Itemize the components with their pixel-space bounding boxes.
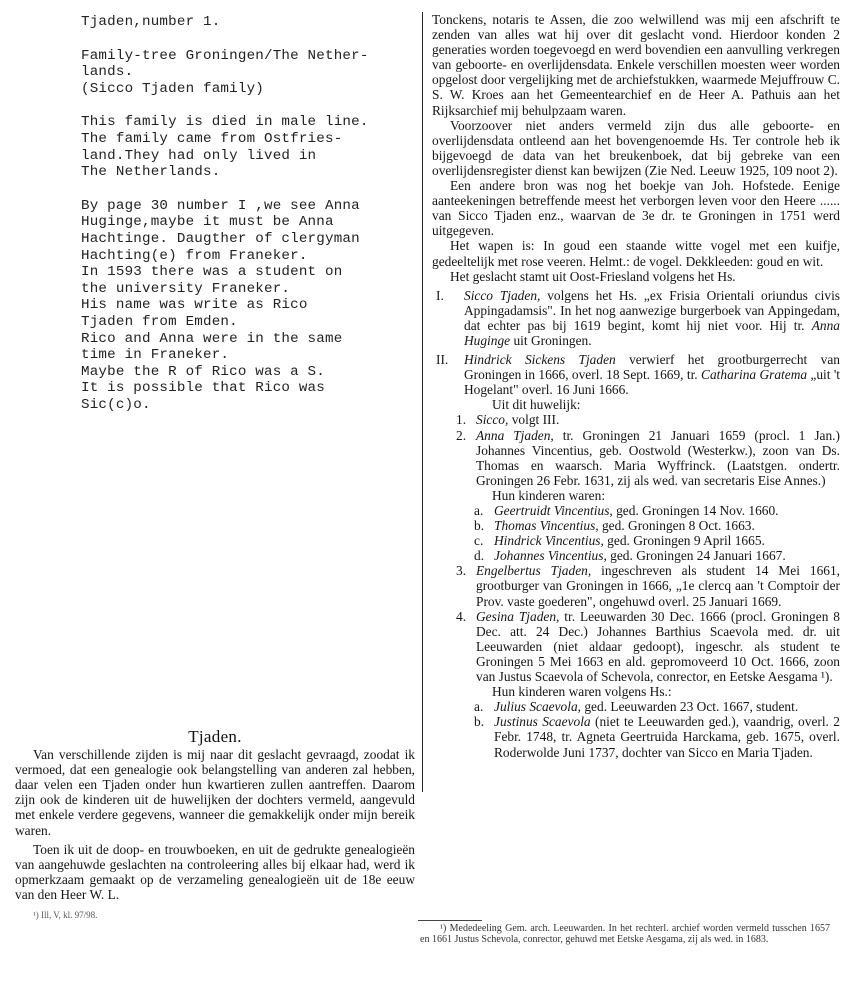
typed-note-paragraph: Family-tree Groningen/The Nether- lands.… xyxy=(81,48,421,98)
grandchild-entry: b. Thomas Vincentius, ged. Groningen 8 O… xyxy=(474,518,840,533)
footnote-text: ¹) Mededeeling Gem. arch. Leeuwarden. In… xyxy=(420,923,830,945)
column-divider xyxy=(422,12,423,792)
generation-entry-1: I. Sicco Tjaden, volgens het Hs. „ex Fri… xyxy=(432,288,840,348)
child-entry: 3. Engelbertus Tjaden, ingeschreven als … xyxy=(456,563,840,608)
typed-note: Tjaden,number 1. Family-tree Groningen/T… xyxy=(81,14,421,430)
child-entry: 2. Anna Tjaden, tr. Groningen 21 Januari… xyxy=(456,428,840,488)
child-entry: 4. Gesina Tjaden, tr. Leeuwarden 30 Dec.… xyxy=(456,609,840,684)
person-name: Hindrick Sickens Tjaden xyxy=(464,352,616,367)
footnote-rule xyxy=(418,920,482,921)
intro-paragraph: Tonckens, notaris te Assen, die zoo welw… xyxy=(432,12,840,118)
article-heading: Tjaden. xyxy=(15,729,415,744)
right-print-clipping: Tonckens, notaris te Assen, die zoo welw… xyxy=(432,12,840,760)
typed-note-title: Tjaden,number 1. xyxy=(81,14,421,31)
grandchild-entry: c. Hindrick Vincentius, ged. Groningen 9… xyxy=(474,533,840,548)
typed-note-paragraph: By page 30 number I ,we see Anna Huginge… xyxy=(81,198,421,414)
grandchild-entry: a. Geertruidt Vincentius, ged. Groningen… xyxy=(474,503,840,518)
grandchild-entry: b. Justinus Scaevola (niet te Leeuwarden… xyxy=(474,714,840,759)
left-footnote: ¹) Ill, V, kl. 97/98. xyxy=(15,908,415,923)
spouse-name: Catharina Gratema xyxy=(701,367,807,382)
child-entry: 1. Sicco, volgt III. xyxy=(456,412,840,427)
generation-number: II. xyxy=(432,352,464,397)
article-paragraph: Toen ik uit de doop- en trouwboeken, en … xyxy=(15,842,415,902)
typed-note-paragraph: This family is died in male line. The fa… xyxy=(81,114,421,180)
left-print-clipping: Tjaden. Van verschillende zijden is mij … xyxy=(15,729,415,927)
person-name: Sicco Tjaden, xyxy=(464,288,540,303)
intro-paragraph: Het wapen is: In goud een staande witte … xyxy=(432,238,840,268)
generation-number: I. xyxy=(432,288,464,348)
grandchild-entry: a. Julius Scaevola, ged. Leeuwarden 23 O… xyxy=(474,699,840,714)
article-paragraph: Van verschillende zijden is mij naar dit… xyxy=(15,747,415,838)
intro-paragraph: Voorzoover niet anders vermeld zijn dus … xyxy=(432,118,840,178)
grandchildren-lead: Hun kinderen waren: xyxy=(432,488,840,503)
grandchildren-lead: Hun kinderen waren volgens Hs.: xyxy=(432,684,840,699)
grandchild-entry: d. Johannes Vincentius, ged. Groningen 2… xyxy=(474,548,840,563)
right-footnote: ¹) Mededeeling Gem. arch. Leeuwarden. In… xyxy=(420,923,830,945)
intro-paragraph: Het geslacht stamt uit Oost-Friesland vo… xyxy=(432,269,840,284)
intro-paragraph: Een andere bron was nog het boekje van J… xyxy=(432,178,840,238)
children-lead: Uit dit huwelijk: xyxy=(432,397,840,412)
generation-entry-2: II. Hindrick Sickens Tjaden verwierf het… xyxy=(432,352,840,397)
